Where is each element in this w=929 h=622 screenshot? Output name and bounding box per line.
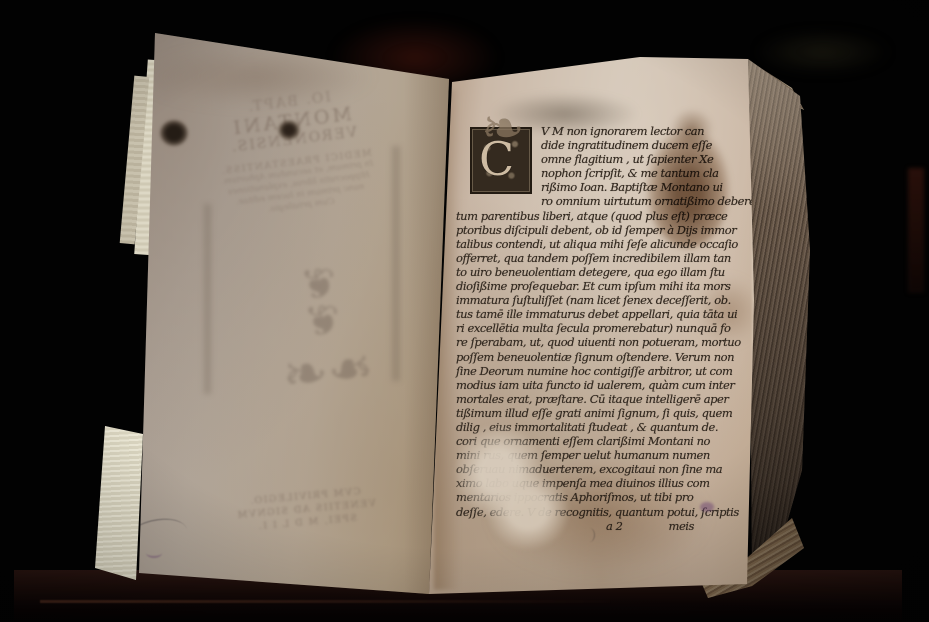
text-line: dioſißime proſequebar. Et cum ipſum mihi…	[456, 279, 750, 293]
text-line: talibus contendi, ut aliqua mihi ſeſe al…	[456, 237, 750, 251]
show-through-streak	[204, 204, 211, 394]
preface-text-block: ❧ C V M non ignorarem lector candide ing…	[456, 124, 750, 533]
direction-line: a 2 meis	[456, 519, 750, 533]
text-line: ptoribus diſcipuli debent, ob id ſemper …	[456, 223, 750, 237]
page-stack-fore-edge-right	[744, 50, 816, 592]
signature-mark: a 2	[606, 519, 622, 533]
text-line: mentarios ippocratis Aphoriſmos, ut tibi…	[456, 490, 750, 504]
text-line: ri excellētia multa ſecula promerebatur)…	[456, 321, 750, 335]
flyleaf-edge-bottom-left	[95, 426, 143, 580]
text-line: re ſperabam, ut, quod uiuenti non potuer…	[456, 335, 750, 349]
catchword: meis	[668, 519, 694, 533]
text-line: ro omnium uirtutum ornatißimo debere ſen…	[456, 194, 750, 208]
text-line: ximo labo uque impenſa mea diuinos illiu…	[456, 476, 750, 490]
text-line: mini rus, quem ſemper uelut humanum nume…	[456, 448, 750, 462]
text-line: poſſem beneuolentiæ ſignum oſtendere. Ve…	[456, 350, 750, 364]
ornament-glyph: ❧	[280, 340, 332, 407]
text-line: tus tamē ille immaturus debet appellari,…	[456, 307, 750, 321]
ghost-printer-ornament: ❦ ❦ ❧❧	[257, 260, 391, 409]
cover-fore-edge-right	[908, 168, 924, 293]
text-line: cori que ornamenti eſſem clarißimi Monta…	[456, 434, 750, 448]
ink-blot	[278, 120, 300, 140]
woodcut-initial-C: ❧ C	[470, 127, 532, 194]
text-line: deſſe, edere. V de recognitis, quantum p…	[456, 505, 750, 519]
ghost-imprint-block: CVM PRIVILEGIO.VENETIIS AD SIGNVMSPEI, M…	[195, 480, 418, 538]
text-line: tißimum illud eſſe grati animi ſignum, ſ…	[456, 406, 750, 420]
text-line: offerret, qua tandem poſſem incredibilem…	[456, 251, 750, 265]
text-line: dilig , eius immortalitati ſtudeat , & q…	[456, 420, 750, 434]
text-line: ſine Deorum numine hoc contigiſſe arbitr…	[456, 364, 750, 378]
text-line: obſeruau nimaduerterem, excogitaui non ſ…	[456, 462, 750, 476]
ink-blot	[160, 120, 188, 146]
text-line: mortales erat, præſtare. Cū itaque intel…	[456, 392, 750, 406]
cover-head-shadow	[758, 30, 888, 74]
text-line: immatura ſuſtuliſſet (nam licet ſenex de…	[456, 293, 750, 307]
initial-letter: C	[479, 135, 514, 183]
text-line: to uiro beneuolentiam detegere, qua ego …	[456, 265, 750, 279]
text-line: tum parentibus liberi, atque (quod plus …	[456, 209, 750, 223]
text-line: modius iam uita functo id ualerem, quàm …	[456, 378, 750, 392]
ornament-glyph: ❧	[325, 335, 377, 402]
photo-of-open-book: IO. BAPT.MONTANIVERONENSIS.MEDICI PRAEST…	[0, 0, 929, 622]
cover-bottom-highlight	[40, 600, 610, 603]
pen-scribble	[146, 548, 162, 558]
